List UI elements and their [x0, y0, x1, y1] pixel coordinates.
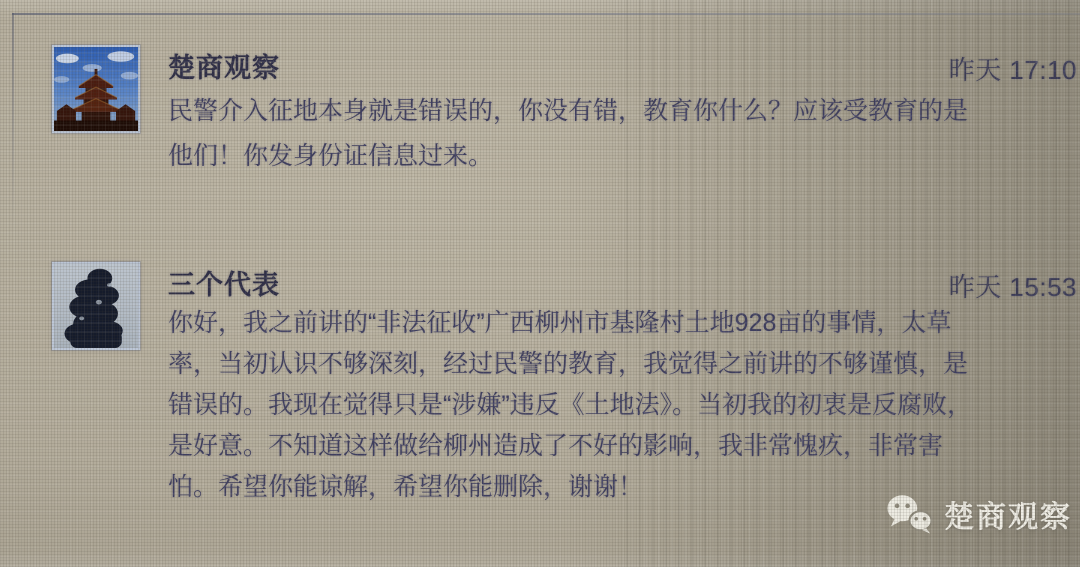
message-list: 楚商观察 昨天 17:10 民警介入征地本身就是错误的，你没有错，教育你什么？应… [0, 0, 1080, 567]
avatar[interactable] [52, 45, 140, 133]
window-top-border [12, 13, 1080, 15]
message-timestamp: 昨天 15:53 [949, 267, 1077, 304]
message-timestamp: 昨天 17:10 [949, 50, 1077, 87]
message-body: 你好，我之前讲的“非法征收”广西柳州市基隆村土地928亩的事情，太草率，当初认识… [168, 303, 980, 508]
tree-avatar-icon [54, 264, 138, 348]
screen-photo: 楚商观察 昨天 17:10 民警介入征地本身就是错误的，你没有错，教育你什么？应… [0, 0, 1080, 567]
wechat-icon [886, 493, 934, 535]
author-name: 三个代表 [168, 263, 280, 302]
window-left-border [12, 13, 14, 228]
pagoda-avatar-icon [54, 47, 138, 131]
message-body: 民警介入征地本身就是错误的，你没有错，教育你什么？应该受教育的是他们！你发身份证… [168, 89, 968, 179]
avatar[interactable] [52, 262, 140, 350]
watermark-label: 楚商观察 [944, 492, 1072, 536]
author-name: 楚商观察 [168, 46, 280, 85]
watermark: 楚商观察 [886, 492, 1072, 536]
